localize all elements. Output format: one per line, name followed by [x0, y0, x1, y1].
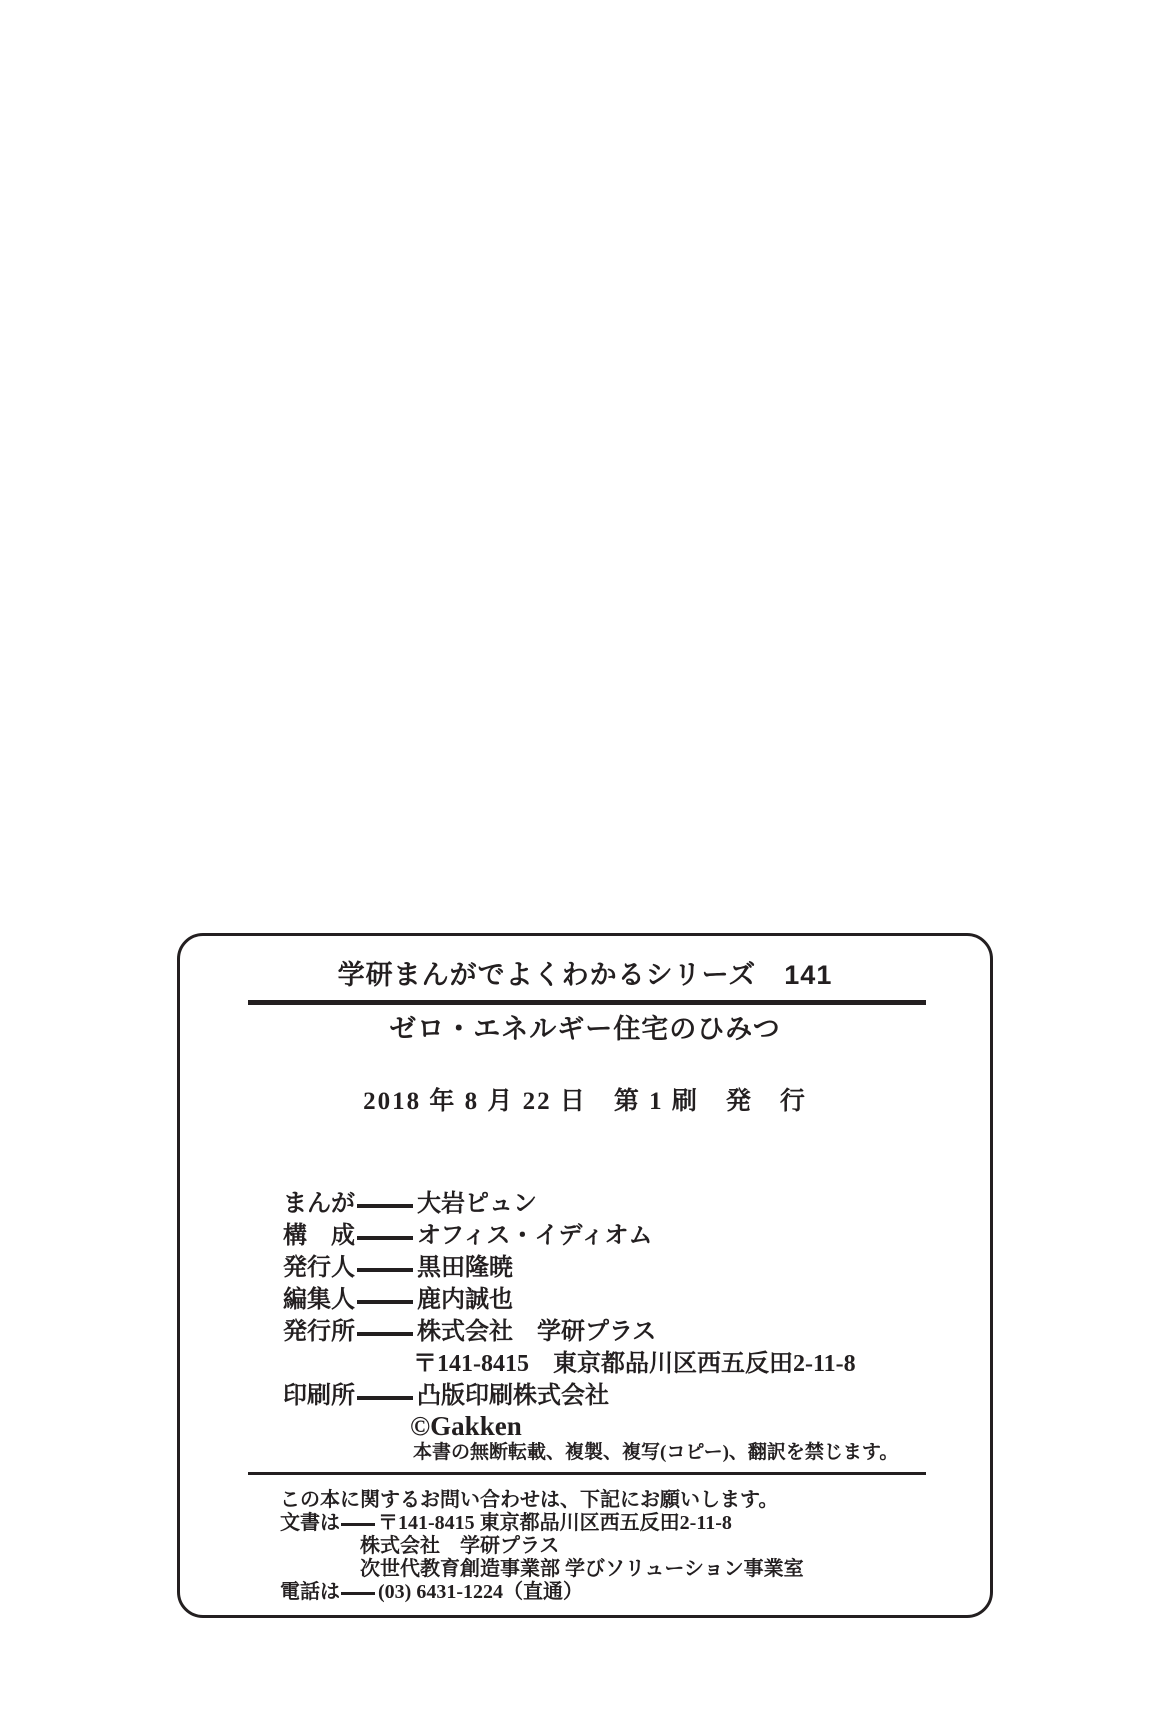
contact-label: 文書は — [280, 1510, 340, 1536]
credit-value: 大岩ピュン — [417, 1189, 537, 1220]
connector-dash — [341, 1523, 375, 1526]
credit-value: 株式会社 学研プラス — [417, 1317, 656, 1348]
connector-dash — [357, 1300, 413, 1304]
credit-value: 鹿内誠也 — [417, 1285, 513, 1316]
credit-label: 構 成 — [283, 1221, 355, 1252]
credit-value: オフィス・イディオム — [417, 1221, 652, 1252]
colophon-box: 学研まんがでよくわかるシリーズ 141 ゼロ・エネルギー住宅のひみつ 2018 … — [177, 933, 993, 1618]
credit-value: 凸版印刷株式会社 — [417, 1381, 609, 1412]
publisher-address: 〒141-8415 東京都品川区西五反田2-11-8 — [413, 1349, 856, 1380]
colophon-page: 学研まんがでよくわかるシリーズ 141 ゼロ・エネルギー住宅のひみつ 2018 … — [0, 0, 1168, 1713]
print-date: 2018 年 8 月 22 日 第 1 刷 発 行 — [180, 1086, 990, 1119]
credit-row-hakkounin: 発行人 黒田隆暁 — [283, 1253, 513, 1284]
connector-dash — [357, 1396, 413, 1400]
title-divider-rule — [248, 1000, 926, 1005]
contact-divider-rule — [248, 1472, 926, 1475]
contact-label: 電話は — [280, 1579, 340, 1605]
contact-row-phone: 電話は (03) 6431-1224（直通） — [280, 1579, 583, 1605]
credit-row-insatsusho: 印刷所 凸版印刷株式会社 — [283, 1381, 609, 1412]
credit-label: 編集人 — [283, 1285, 355, 1316]
credit-label: まんが — [283, 1189, 355, 1220]
connector-dash — [357, 1332, 413, 1336]
credit-row-henshuunin: 編集人 鹿内誠也 — [283, 1285, 513, 1316]
connector-dash — [357, 1236, 413, 1240]
credit-row-kousei: 構 成 オフィス・イディオム — [283, 1221, 652, 1252]
credit-label: 発行人 — [283, 1253, 355, 1284]
connector-dash — [357, 1268, 413, 1272]
contact-value: (03) 6431-1224（直通） — [378, 1579, 583, 1605]
credit-value: 黒田隆暁 — [417, 1253, 513, 1284]
copyright-notice: ©Gakken — [410, 1409, 522, 1444]
connector-dash — [341, 1592, 375, 1595]
book-title: ゼロ・エネルギー住宅のひみつ — [180, 1012, 990, 1047]
connector-dash — [357, 1204, 413, 1208]
credit-label: 印刷所 — [283, 1381, 355, 1412]
rights-notice: 本書の無断転載、複製、複写(コピー)、翻訳を禁じます。 — [413, 1441, 898, 1466]
credit-row-manga: まんが 大岩ピュン — [283, 1189, 537, 1220]
series-title: 学研まんがでよくわかるシリーズ 141 — [180, 958, 990, 993]
credit-row-hakkousho: 発行所 株式会社 学研プラス — [283, 1317, 656, 1348]
credit-label: 発行所 — [283, 1317, 355, 1348]
